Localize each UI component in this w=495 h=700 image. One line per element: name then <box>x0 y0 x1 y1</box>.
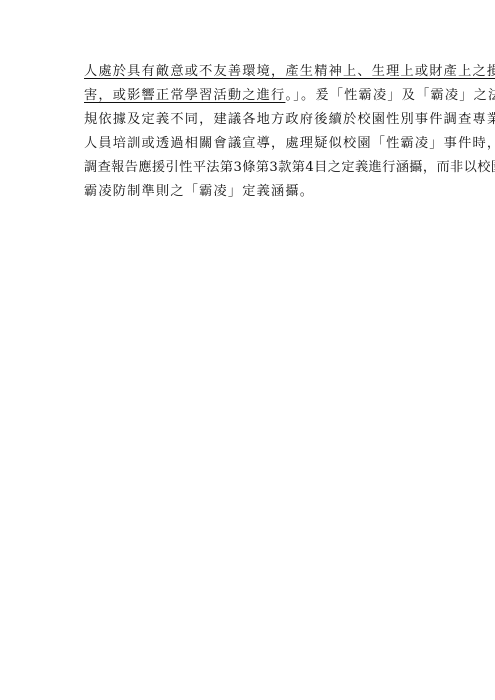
paragraph-line-1: 人處於具有敵意或不友善環境，產生精神上、生理上或財產上之損 <box>84 60 414 84</box>
paragraph-line-4: 人員培訓或透過相關會議宣導，處理疑似校園「性霸凌」事件時， <box>84 132 414 156</box>
underlined-text: 害，或影響正常學習活動之進行 <box>84 88 285 103</box>
document-page: 人處於具有敵意或不友善環境，產生精神上、生理上或財產上之損 害，或影響正常學習活… <box>0 0 495 700</box>
paragraph-line-6: 霸凌防制準則之「霸凌」定義涵攝。 <box>84 180 414 204</box>
paragraph-line-5: 調查報告應援引性平法第3條第3款第4目之定義進行涵攝，而非以校園 <box>84 156 414 180</box>
plain-text: 調查報告應援引性平法第3條第3款第4目之定義進行涵攝，而非以校園 <box>84 160 495 175</box>
underlined-text: 人處於具有敵意或不友善環境，產生精神上、生理上或財產上之損 <box>84 64 495 79</box>
paragraph-line-2: 害，或影響正常學習活動之進行。」。爰「性霸凌」及「霸凌」之法 <box>84 84 414 108</box>
plain-text: 霸凌防制準則之「霸凌」定義涵攝。 <box>84 184 314 199</box>
plain-text: 人員培訓或透過相關會議宣導，處理疑似校園「性霸凌」事件時， <box>84 136 495 151</box>
paragraph-line-3: 規依據及定義不同，建議各地方政府後續於校園性別事件調查專業 <box>84 108 414 132</box>
body-paragraph: 人處於具有敵意或不友善環境，產生精神上、生理上或財產上之損 害，或影響正常學習活… <box>84 60 414 204</box>
plain-text: 規依據及定義不同，建議各地方政府後續於校園性別事件調查專業 <box>84 112 495 127</box>
plain-text: 。」。爰「性霸凌」及「霸凌」之法 <box>285 88 495 103</box>
